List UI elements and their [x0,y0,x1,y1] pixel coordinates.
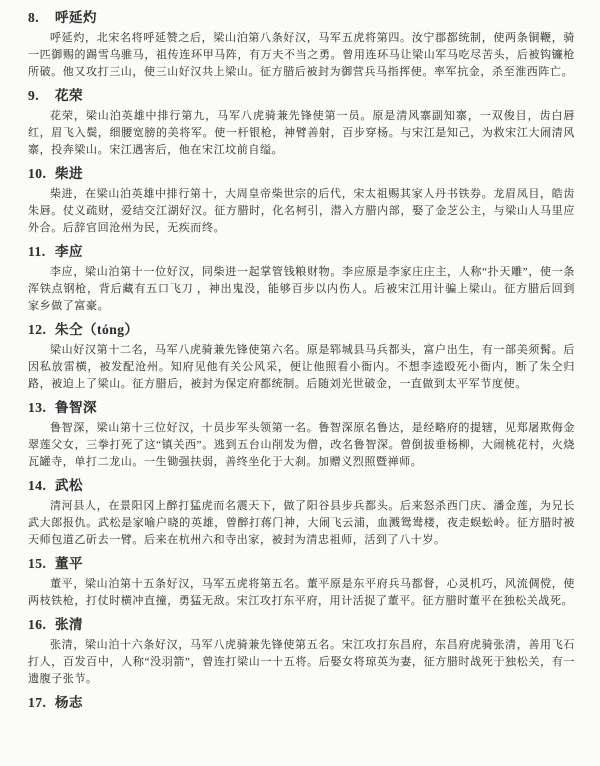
section-number: 10. [28,166,55,182]
hero-name: 柴进 [55,166,83,182]
hero-description: 梁山好汉第十二名，马军八虎骑兼先锋使第六名。原是郓城县马兵都头，富户出生，有一部… [28,342,575,393]
section-number: 16. [28,617,55,633]
section-heading: 17. 杨志 [28,695,575,711]
hero-section-12: 12. 朱仝（tóng） 梁山好汉第十二名，马军八虎骑兼先锋使第六名。原是郓城县… [28,322,575,393]
hero-section-8: 8. 呼延灼 呼延灼，北宋名将呼延赞之后，梁山泊第八条好汉，马军五虎将第四。汝宁… [28,10,575,81]
section-number: 11. [28,244,55,260]
hero-description: 花荣，梁山泊英雄中排行第九，马军八虎骑兼先锋使第一员。原是清风寨副知寨，一双俊目… [28,108,575,159]
section-heading: 12. 朱仝（tóng） [28,322,575,338]
hero-name: 呼延灼 [55,10,97,26]
hero-name: 朱仝（tóng） [55,322,139,338]
hero-name: 李应 [55,244,83,260]
hero-name: 董平 [55,556,83,572]
hero-section-16: 16. 张清 张清，梁山泊十六条好汉，马军八虎骑兼先锋使第五名。宋江攻打东昌府，… [28,617,575,688]
section-number: 8. [28,10,55,26]
hero-description: 呼延灼，北宋名将呼延赞之后，梁山泊第八条好汉，马军五虎将第四。汝宁郡都统制，使两… [28,30,575,81]
hero-name: 张清 [55,617,83,633]
hero-section-9: 9. 花荣 花荣，梁山泊英雄中排行第九，马军八虎骑兼先锋使第一员。原是清风寨副知… [28,88,575,159]
section-heading: 10. 柴进 [28,166,575,182]
section-heading: 13. 鲁智深 [28,400,575,416]
hero-section-10: 10. 柴进 柴进，在梁山泊英雄中排行第十，大周皇帝柴世宗的后代，宋太祖赐其家人… [28,166,575,237]
section-heading: 14. 武松 [28,478,575,494]
section-number: 15. [28,556,55,572]
hero-name: 花荣 [55,88,83,104]
section-number: 12. [28,322,55,338]
section-number: 13. [28,400,55,416]
hero-name: 杨志 [55,695,83,711]
section-number: 14. [28,478,55,494]
hero-list: 8. 呼延灼 呼延灼，北宋名将呼延赞之后，梁山泊第八条好汉，马军五虎将第四。汝宁… [28,10,575,711]
hero-description: 张清，梁山泊十六条好汉，马军八虎骑兼先锋使第五名。宋江攻打东昌府，东昌府虎骑张清… [28,637,575,688]
hero-name: 鲁智深 [55,400,97,416]
section-heading: 15. 董平 [28,556,575,572]
hero-section-15: 15. 董平 董平，梁山泊第十五条好汉，马军五虎将第五名。董平原是东平府兵马都督… [28,556,575,610]
section-heading: 11. 李应 [28,244,575,260]
section-heading: 16. 张清 [28,617,575,633]
hero-description: 李应，梁山泊第十一位好汉，同柴进一起掌管钱粮财物。李应原是李家庄庄主，人称“扑天… [28,264,575,315]
hero-description: 董平，梁山泊第十五条好汉，马军五虎将第五名。董平原是东平府兵马都督，心灵机巧，风… [28,576,575,610]
hero-section-13: 13. 鲁智深 鲁智深，梁山第十三位好汉，十员步军头领第一名。鲁智深原名鲁达，是… [28,400,575,471]
section-heading: 9. 花荣 [28,88,575,104]
hero-description: 柴进，在梁山泊英雄中排行第十，大周皇帝柴世宗的后代，宋太祖赐其家人丹书铁券。龙眉… [28,186,575,237]
section-heading: 8. 呼延灼 [28,10,575,26]
hero-section-14: 14. 武松 清河县人，在景阳冈上醉打猛虎而名震天下，做了阳谷县步兵都头。后来怒… [28,478,575,549]
section-number: 9. [28,88,55,104]
hero-description: 鲁智深，梁山第十三位好汉，十员步军头领第一名。鲁智深原名鲁达，是经略府的提辖，见… [28,420,575,471]
hero-description: 清河县人，在景阳冈上醉打猛虎而名震天下，做了阳谷县步兵都头。后来怒杀西门庆、潘金… [28,498,575,549]
section-number: 17. [28,695,55,711]
hero-section-11: 11. 李应 李应，梁山泊第十一位好汉，同柴进一起掌管钱粮财物。李应原是李家庄庄… [28,244,575,315]
document-page: 8. 呼延灼 呼延灼，北宋名将呼延赞之后，梁山泊第八条好汉，马军五虎将第四。汝宁… [0,0,600,766]
hero-name: 武松 [55,478,83,494]
hero-section-17: 17. 杨志 [28,695,575,711]
